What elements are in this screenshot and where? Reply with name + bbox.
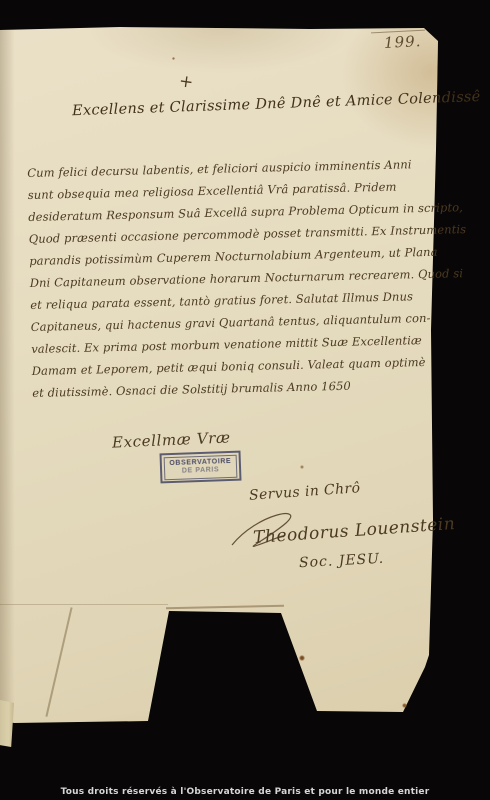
paper-fragment-tab [0,700,14,747]
manuscript-scan: 199. + Excellens et Clarissime Dnê Dnê e… [0,0,490,800]
page-number: 199. [384,32,422,52]
foxing-spot [299,655,305,661]
cross-icon: + [178,71,195,93]
letter-body: Cum felici decursu labentis, et felicior… [27,153,446,404]
foxing-spot [300,465,304,469]
observatoire-stamp: OBSERVATOIRE DE PARIS [160,451,242,484]
stamp-line-2: DE PARIS [170,466,232,477]
copyright-caption: Tous droits réservés à l'Observatoire de… [0,787,490,797]
foxing-spot [172,57,175,60]
foxing-spot [402,703,407,708]
paper-fold-line [0,604,168,605]
